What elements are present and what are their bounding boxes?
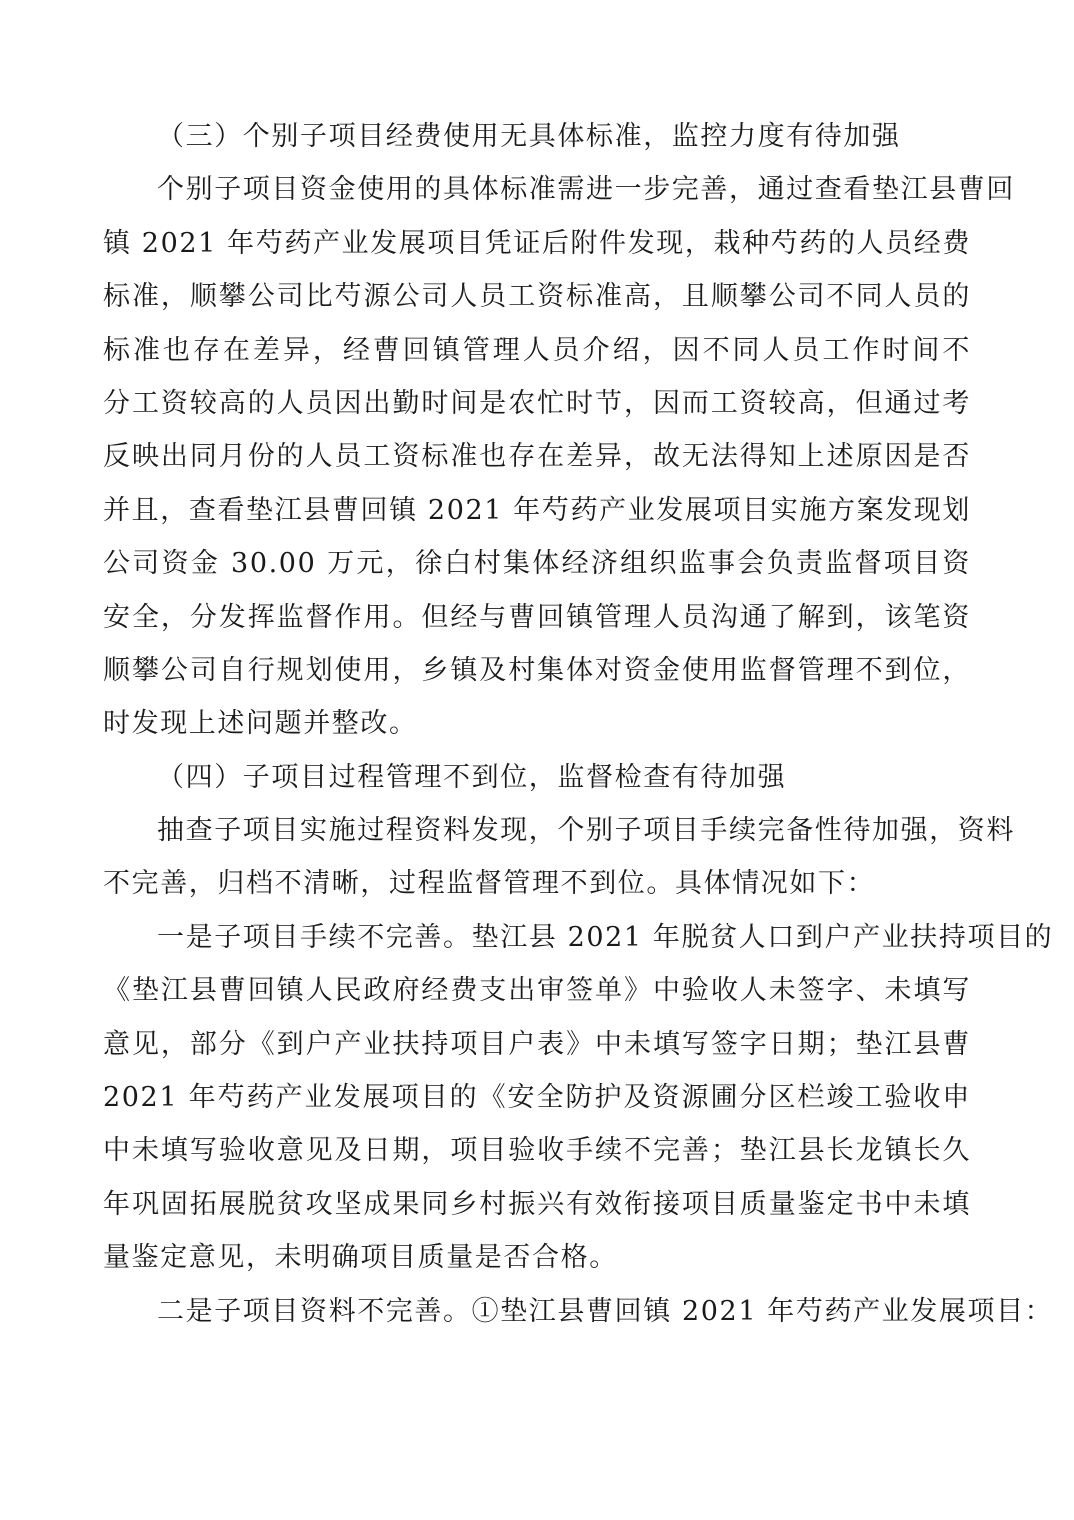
paragraph-line: 二是子项目资料不完善。①垫江县曹回镇 2021 年芍药产业发展项目： xyxy=(103,1285,971,1338)
paragraph-line: 量鉴定意见，未明确项目质量是否合格。 xyxy=(103,1231,971,1284)
paragraph-line: 标准，顺攀公司比芍源公司人员工资标准高，且顺攀公司不同人员的工资 xyxy=(103,270,971,323)
paragraph-line: 顺攀公司自行规划使用，乡镇及村集体对资金使用监督管理不到位，未及 xyxy=(103,644,971,697)
paragraph-line: 2021 年芍药产业发展项目的《安全防护及资源圃分区栏竣工验收申请表》 xyxy=(103,1071,971,1124)
paragraph-line: 不完善，归档不清晰，过程监督管理不到位。具体情况如下： xyxy=(103,857,971,910)
paragraph-line: 意见，部分《到户产业扶持项目户表》中未填写签字日期；垫江县曹回镇 xyxy=(103,1018,971,1071)
paragraph-line: 并且，查看垫江县曹回镇 2021 年芍药产业发展项目实施方案发现划拨顺攀 xyxy=(103,484,971,537)
document-page: （三）个别子项目经费使用无具体标准，监控力度有待加强 个别子项目资金使用的具体标… xyxy=(103,110,971,1338)
paragraph-line: 时发现上述问题并整改。 xyxy=(103,697,971,750)
paragraph-line: 公司资金 30.00 万元，徐白村集体经济组织监事会负责监督项目资金使用 xyxy=(103,537,971,590)
paragraph-line: 抽查子项目实施过程资料发现，个别子项目手续完备性待加强，资料 xyxy=(103,804,971,857)
paragraph-line: 反映出同月份的人员工资标准也存在差异，故无法得知上述原因是否属实。 xyxy=(103,430,971,483)
paragraph-line: 《垫江县曹回镇人民政府经费支出审签单》中验收人未签字、未填写审核 xyxy=(103,964,971,1017)
paragraph-line: 分工资较高的人员因出勤时间是农忙时节，因而工资较高，但通过考勤表 xyxy=(103,377,971,430)
paragraph-line: 一是子项目手续不完善。垫江县 2021 年脱贫人口到户产业扶持项目的 xyxy=(103,911,971,964)
section-heading-4: （四）子项目过程管理不到位，监督检查有待加强 xyxy=(103,751,971,804)
paragraph-line: 中未填写验收意见及日期，项目验收手续不完善；垫江县长龙镇长久村 2021 xyxy=(103,1124,971,1177)
paragraph-line: 标准也存在差异，经曹回镇管理人员介绍，因不同人员工作时间不同，部 xyxy=(103,324,971,377)
paragraph-line: 镇 2021 年芍药产业发展项目凭证后附件发现，栽种芍药的人员经费无明确 xyxy=(103,217,971,270)
paragraph-line: 安全，分发挥监督作用。但经与曹回镇管理人员沟通了解到，该笔资金由 xyxy=(103,591,971,644)
paragraph-line: 年巩固拓展脱贫攻坚成果同乡村振兴有效衔接项目质量鉴定书中未填写质 xyxy=(103,1178,971,1231)
section-heading-3: （三）个别子项目经费使用无具体标准，监控力度有待加强 xyxy=(103,110,971,163)
paragraph-line: 个别子项目资金使用的具体标准需进一步完善，通过查看垫江县曹回 xyxy=(103,163,971,216)
